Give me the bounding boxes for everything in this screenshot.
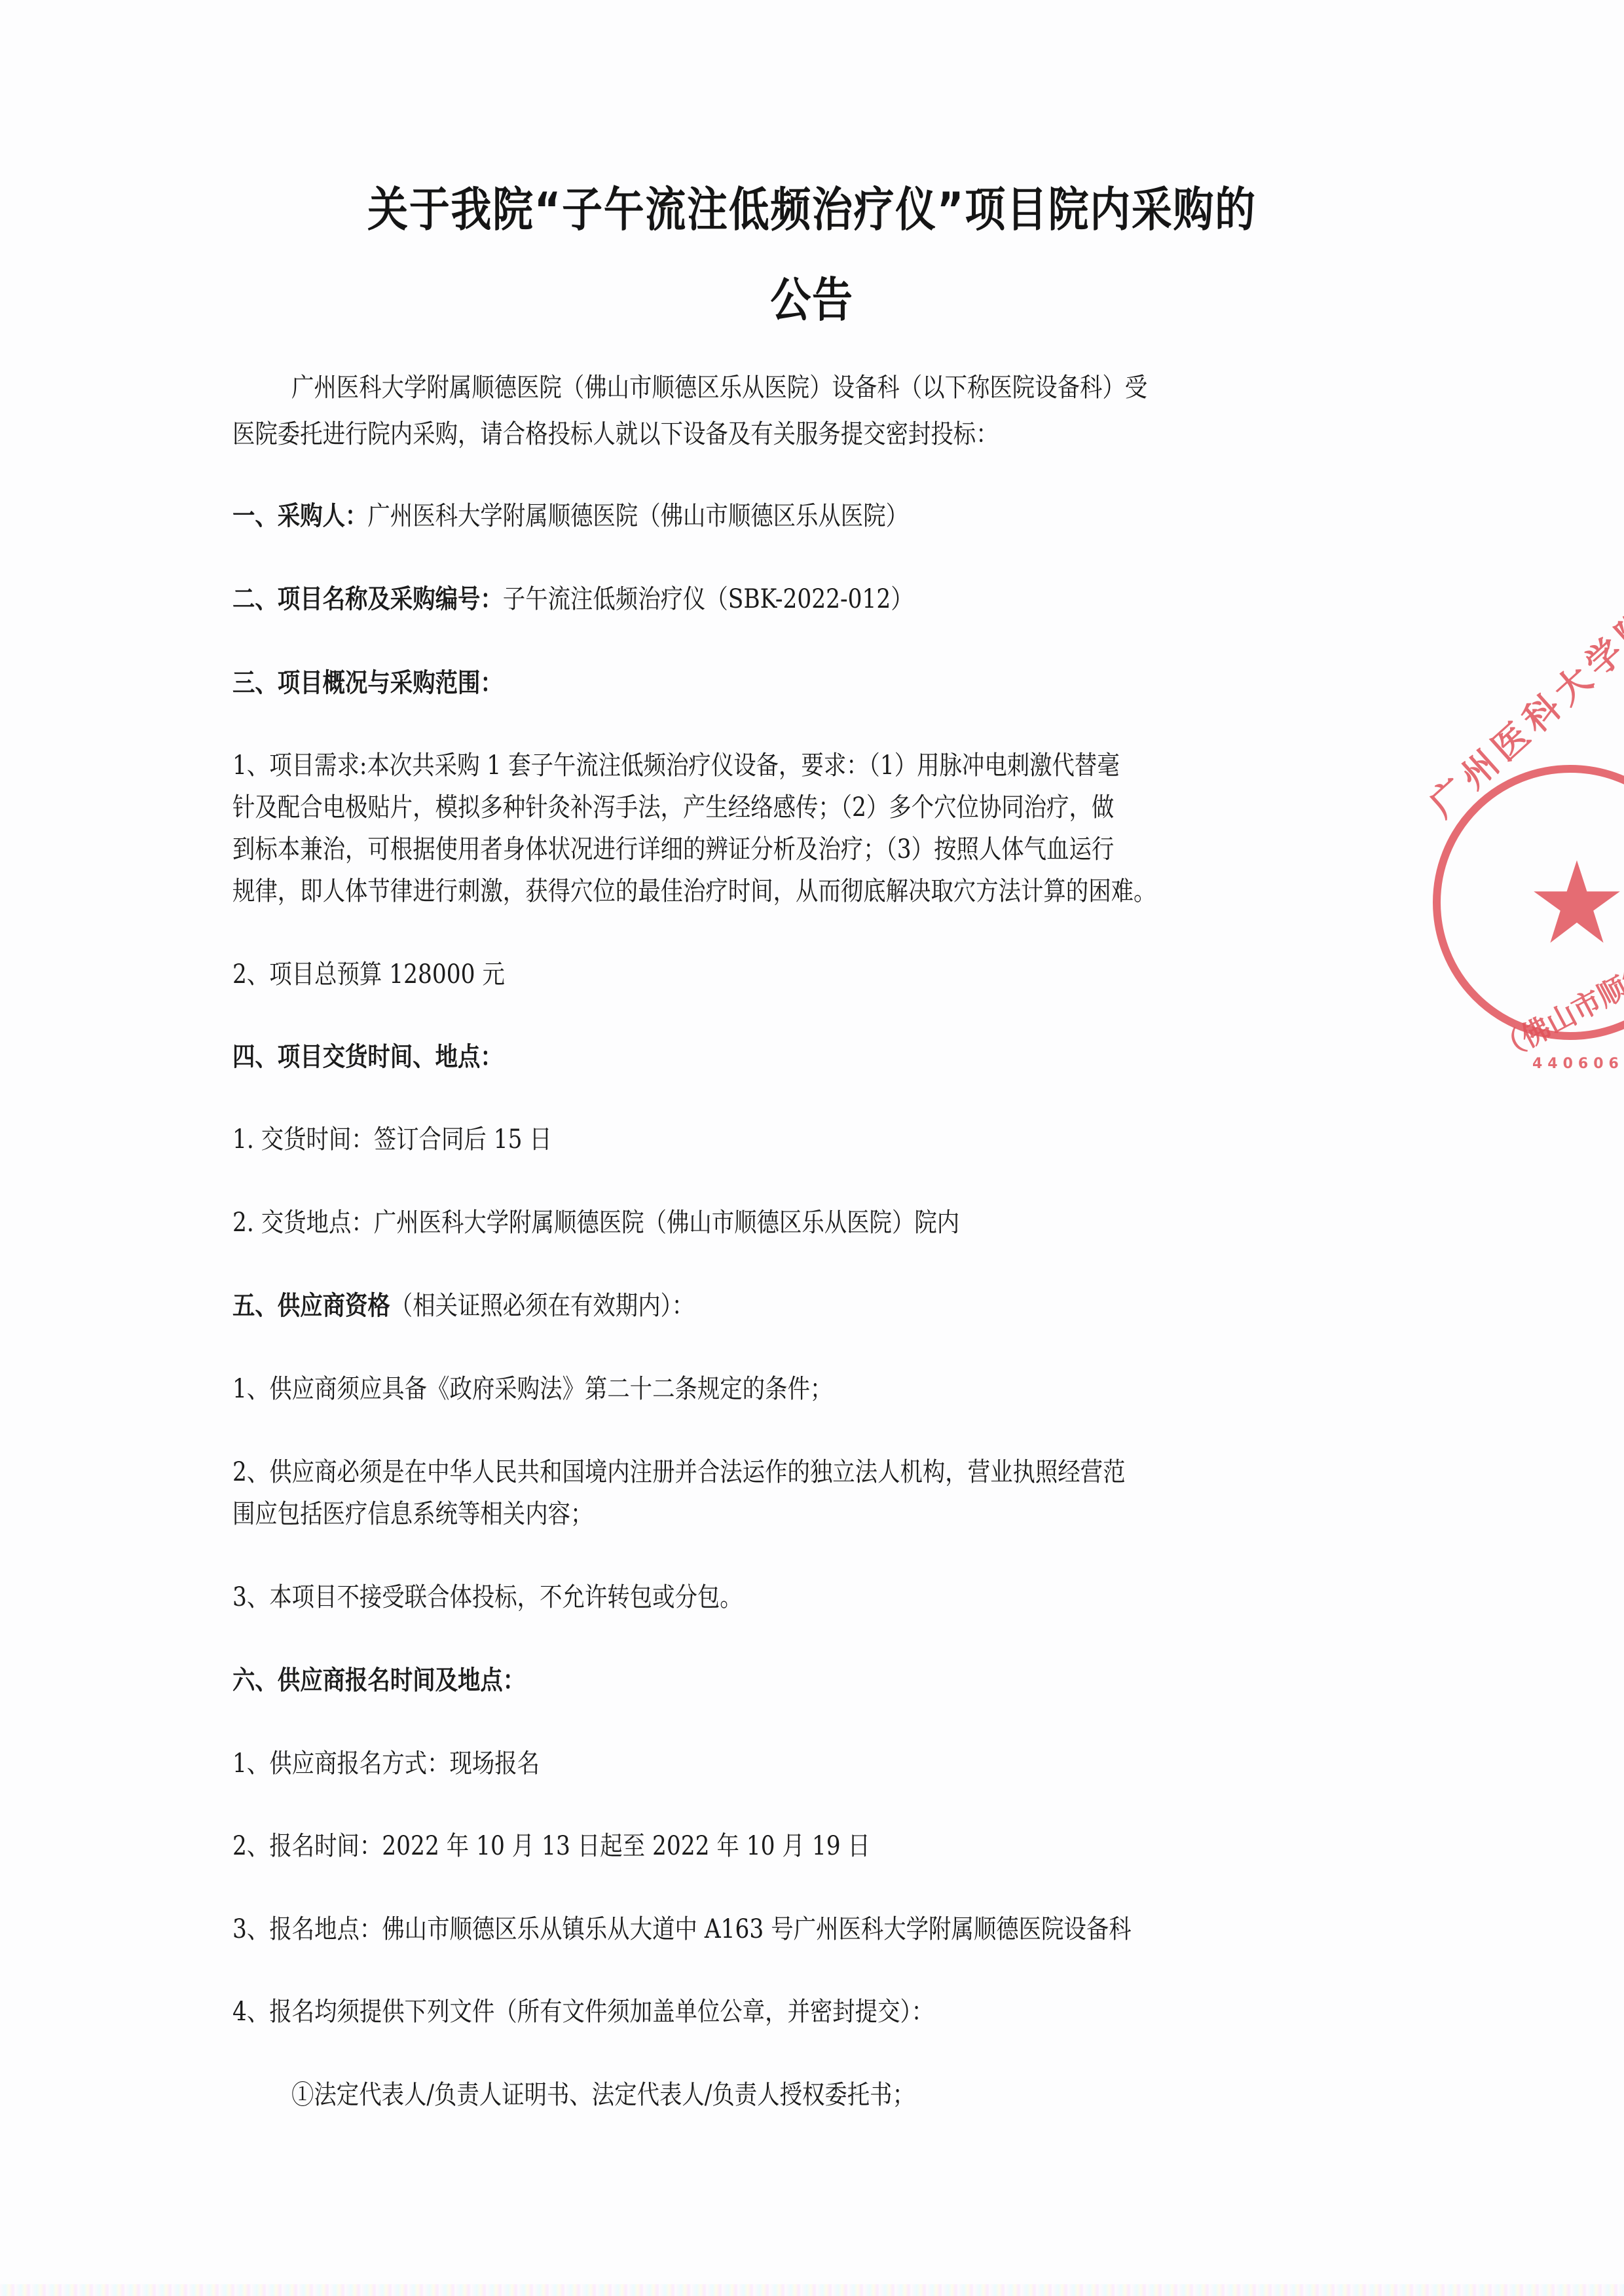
delivery-time: 1. 交货时间：签订合同后 15 日 (232, 1122, 1385, 1157)
qualification-item1: 1、供应商须应具备《政府采购法》第二十二条规定的条件； (232, 1372, 1385, 1406)
section-heading: 二、项目名称及采购编号： (232, 584, 503, 614)
section-project-name: 二、项目名称及采购编号：子午流注低频治疗仪（SBK-2022-012） (232, 582, 1385, 616)
intro-paragraph-line1: 广州医科大学附属顺德医院（佛山市顺德区乐从医院）设备科（以下称医院设备科）受 (291, 371, 1444, 405)
intro-paragraph-line2: 医院委托进行院内采购，请合格投标人就以下设备及有关服务提交密封投标： (232, 417, 1385, 451)
scope-item1-line1: 1、项目需求:本次共采购 1 套子午流注低频治疗仪设备，要求：（1）用脉冲电刺激… (232, 749, 1385, 783)
project-name-code: 子午流注低频治疗仪（SBK-2022-012） (503, 584, 913, 614)
document-title-line2: 公告 (114, 262, 1511, 330)
qualification-item2-line1: 2、供应商必须是在中华人民共和国境内注册并合法运作的独立法人机构，营业执照经营范 (232, 1455, 1385, 1489)
seal-code: 440606 (1532, 1056, 1624, 1072)
scope-item2-budget: 2、项目总预算 128000 元 (232, 957, 1385, 991)
intro-text-2: 医院委托进行院内采购，请合格投标人就以下设备及有关服务提交密封投标： (232, 417, 999, 451)
star-icon (1531, 857, 1623, 948)
section-heading-note: （相关证照必须在有效期内）： (390, 1291, 694, 1321)
purchaser-name: 广州医科大学附属顺德医院（佛山市顺德区乐从医院） (367, 501, 908, 531)
scope-item1-line3: 到标本兼治，可根据使用者身体状况进行详细的辨证分析及治疗；（3）按照人体气血运行 (232, 832, 1385, 866)
document-page: 关于我院“子午流注低频治疗仪”项目院内采购的 公告 广州医科大学附属顺德医院（佛… (0, 0, 1624, 2296)
section-heading: 五、供应商资格 (232, 1291, 390, 1321)
registration-documents: 4、报名均须提供下列文件（所有文件须加盖单位公章，并密封提交）： (232, 1995, 1385, 2029)
registration-method: 1、供应商报名方式：现场报名 (232, 1747, 1385, 1781)
scan-artifact-band (0, 2284, 1624, 2296)
section-heading: 一、采购人： (232, 501, 367, 531)
registration-time: 2、报名时间：2022 年 10 月 13 日起至 2022 年 10 月 19… (232, 1829, 1385, 1863)
document-title-line1: 关于我院“子午流注低频治疗仪”项目院内采购的 (114, 172, 1511, 240)
scope-item1-line4: 规律，即人体节律进行刺激，获得穴位的最佳治疗时间，从而彻底解决取穴方法计算的困难… (232, 874, 1385, 908)
section-qualification-heading: 五、供应商资格（相关证照必须在有效期内）： (232, 1289, 1385, 1323)
section-purchaser: 一、采购人：广州医科大学附属顺德医院（佛山市顺德区乐从医院） (232, 499, 1385, 533)
scope-item1-line2: 针及配合电极贴片，模拟多种针灸补泻手法，产生经络感传；（2）多个穴位协同治疗，做 (232, 790, 1385, 824)
intro-text-1: 广州医科大学附属顺德医院（佛山市顺德区乐从医院）设备科（以下称医院设备科）受 (291, 371, 1147, 405)
registration-documents-sub1: ①法定代表人/负责人证明书、法定代表人/负责人授权委托书； (291, 2078, 1444, 2112)
section-registration-heading: 六、供应商报名时间及地点： (232, 1663, 1385, 1697)
section-scope-heading: 三、项目概况与采购范围： (232, 666, 1385, 700)
qualification-item2-line2: 围应包括医疗信息系统等相关内容； (232, 1497, 1385, 1531)
qualification-item3: 3、本项目不接受联合体投标，不允许转包或分包。 (232, 1580, 1385, 1614)
registration-location: 3、报名地点：佛山市顺德区乐从镇乐从大道中 A163 号广州医科大学附属顺德医院… (232, 1912, 1385, 1946)
section-delivery-heading: 四、项目交货时间、地点： (232, 1040, 1385, 1074)
delivery-location: 2. 交货地点：广州医科大学附属顺德医院（佛山市顺德区乐从医院）院内 (232, 1206, 1385, 1240)
